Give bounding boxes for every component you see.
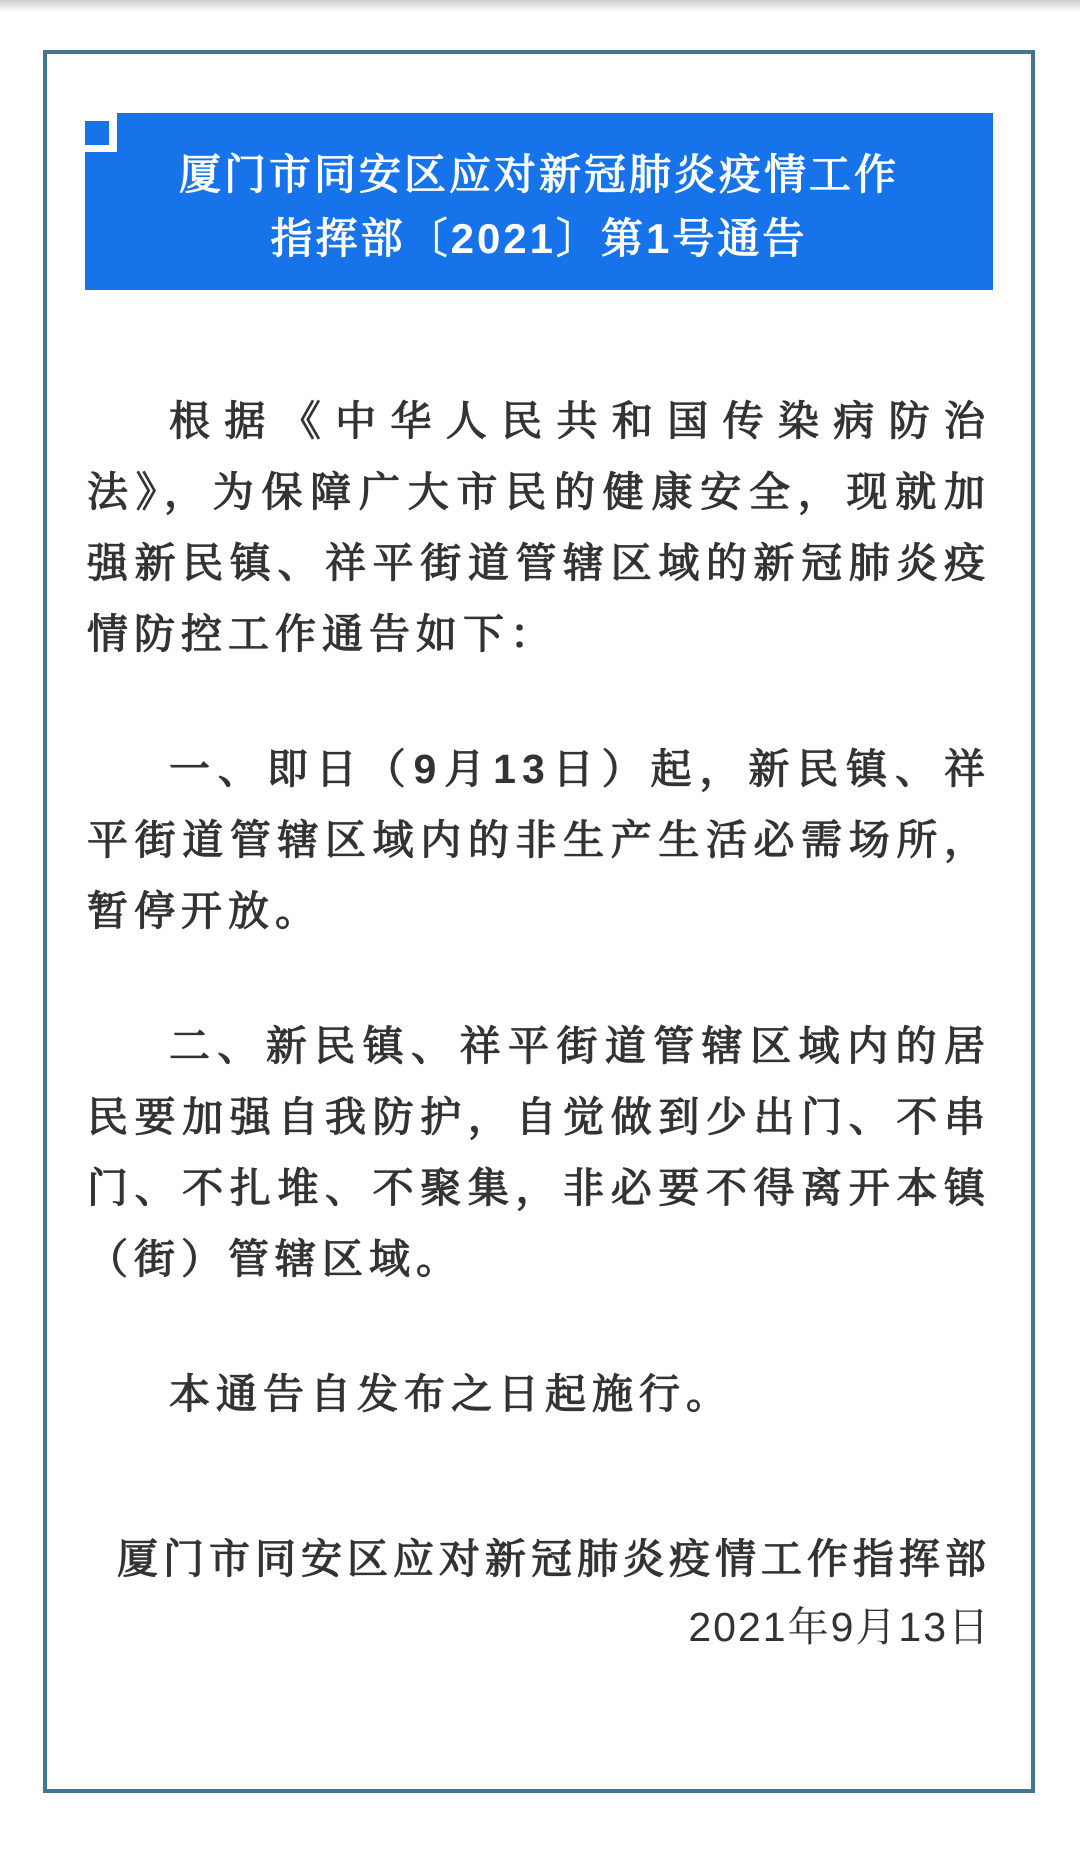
body-line: 情防控工作通告如下：	[87, 599, 991, 670]
body-line: 门、不扎堆、不聚集，非必要不得离开本镇	[87, 1153, 991, 1224]
footer-issuer: 厦门市同安区应对新冠肺炎疫情工作指挥部	[47, 1534, 991, 1584]
body-line: 根据《中华人民共和国传染病防治	[87, 386, 991, 457]
notice-footer: 厦门市同安区应对新冠肺炎疫情工作指挥部 2021年9月13日	[47, 1534, 991, 1652]
notice-banner: 厦门市同安区应对新冠肺炎疫情工作 指挥部〔2021〕第1号通告	[85, 113, 993, 290]
body-line: 暂停开放。	[87, 876, 991, 947]
paragraph: 一、即日（9月13日）起，新民镇、祥平街道管辖区域内的非生产生活必需场所，暂停开…	[87, 734, 991, 947]
paragraph: 根据《中华人民共和国传染病防治法》，为保障广大市民的健康安全，现就加强新民镇、祥…	[87, 386, 991, 670]
body-line: 法》，为保障广大市民的健康安全，现就加	[87, 457, 991, 528]
notice-body: 根据《中华人民共和国传染病防治法》，为保障广大市民的健康安全，现就加强新民镇、祥…	[87, 386, 991, 1430]
body-line: 强新民镇、祥平街道管辖区域的新冠肺炎疫	[87, 528, 991, 599]
body-line: 民要加强自我防护，自觉做到少出门、不串	[87, 1082, 991, 1153]
banner-corner-square-decoration	[85, 121, 109, 145]
page: { "page": { "background": "#ffffff", "fr…	[0, 0, 1080, 1857]
footer-date: 2021年9月13日	[47, 1602, 991, 1652]
banner-title-line-1: 厦门市同安区应对新冠肺炎疫情工作	[85, 143, 993, 207]
banner-title-line-2: 指挥部〔2021〕第1号通告	[85, 207, 993, 271]
body-line: （街）管辖区域。	[87, 1224, 991, 1295]
paragraph: 本通告自发布之日起施行。	[87, 1359, 991, 1430]
body-line: 一、即日（9月13日）起，新民镇、祥	[87, 734, 991, 805]
body-line: 本通告自发布之日起施行。	[87, 1359, 991, 1430]
body-line: 二、新民镇、祥平街道管辖区域内的居	[87, 1011, 991, 1082]
top-edge-shade	[0, 0, 1080, 12]
outer-frame: 厦门市同安区应对新冠肺炎疫情工作 指挥部〔2021〕第1号通告 根据《中华人民共…	[43, 50, 1035, 1793]
body-line: 平街道管辖区域内的非生产生活必需场所，	[87, 805, 991, 876]
paragraph: 二、新民镇、祥平街道管辖区域内的居民要加强自我防护，自觉做到少出门、不串门、不扎…	[87, 1011, 991, 1295]
